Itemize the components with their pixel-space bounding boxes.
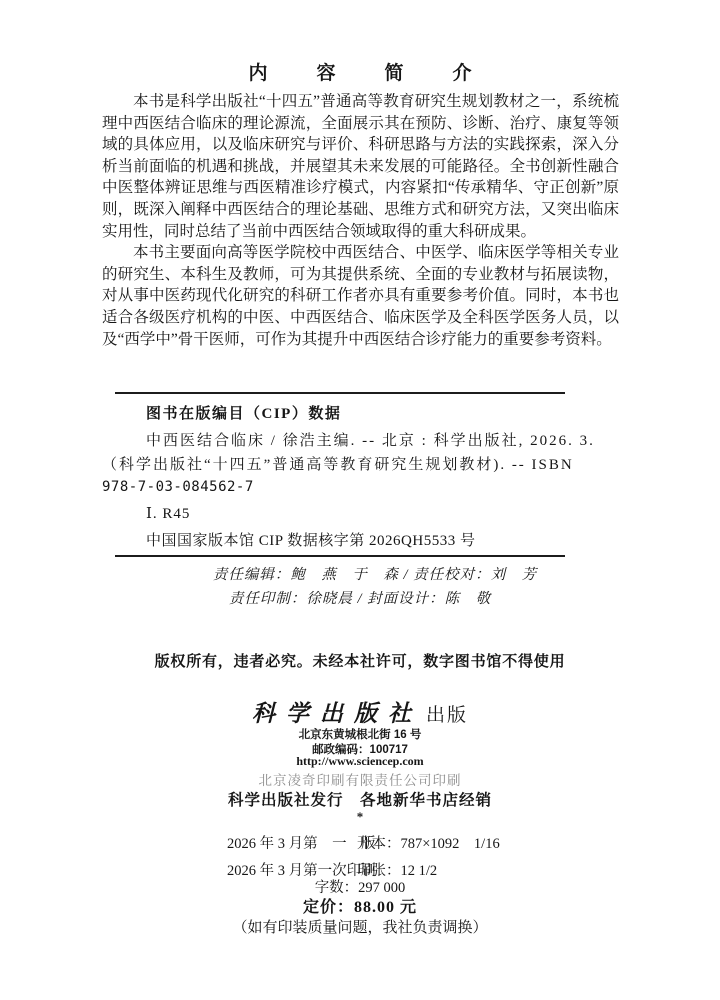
cip-series-line: （科学出版社“十四五”普通高等教育研究生规划教材). -- ISBN — [102, 453, 574, 474]
cip-isbn: 978-7-03-084562-7 — [102, 479, 254, 495]
printer-line: 北京凌奇印刷有限责任公司印刷 — [0, 769, 720, 789]
publisher-logo-script: 科学出版社 — [252, 701, 422, 726]
credits-print-design: 责任印制：徐晓晨 / 封面设计：陈 敬 — [0, 587, 720, 608]
intro-paragraph-2: 本书主要面向高等医学院校中西医结合、中医学、临床医学等相关专业的研究生、本科生及… — [102, 242, 619, 350]
page-title: 内 容 简 介 — [0, 58, 720, 85]
edition-date: 2026 年 3 月第 一 版 — [227, 832, 376, 853]
exchange-notice: （如有印装质量问题，我社负责调换） — [0, 916, 720, 937]
cip-classification: Ⅰ. R45 — [146, 504, 190, 523]
intro-section: 本书是科学出版社“十四五”普通高等教育研究生规划教材之一，系统梳理中西医结合临床… — [102, 91, 619, 350]
publisher-logo-suffix: 出版 — [426, 705, 468, 726]
cip-divider-bottom — [115, 555, 565, 557]
format-size: 开本：787×1092 1/16 — [357, 832, 500, 853]
cip-divider-top — [115, 392, 565, 394]
price: 定价：88.00 元 — [0, 894, 720, 917]
cip-heading: 图书在版编目（CIP）数据 — [146, 402, 341, 423]
separator-asterisk: * — [0, 809, 720, 825]
cip-record-number: 中国国家版本馆 CIP 数据核字第 2026QH5533 号 — [146, 529, 475, 550]
intro-paragraph-1: 本书是科学出版社“十四五”普通高等教育研究生规划教材之一，系统梳理中西医结合临床… — [102, 91, 619, 242]
copyright-notice: 版权所有，违者必究。未经本社许可，数字图书馆不得使用 — [0, 650, 720, 671]
publisher-address: 北京东黄城根北街 16 号 — [0, 726, 720, 742]
publisher-url: http://www.sciencep.com — [0, 754, 720, 769]
copyright-page: 内 容 简 介 本书是科学出版社“十四五”普通高等教育研究生规划教材之一，系统梳… — [0, 0, 720, 1000]
credits-editors: 责任编辑：鲍 燕 于 森 / 责任校对：刘 芳 — [15, 563, 720, 584]
cip-title-line: 中西医结合临床 / 徐浩主编. -- 北京 : 科学出版社, 2026. 3. — [146, 429, 595, 450]
distribution-line: 科学出版社发行 各地新华书店经销 — [0, 788, 720, 810]
publisher-logo: 科学出版社 出版 — [0, 695, 720, 728]
